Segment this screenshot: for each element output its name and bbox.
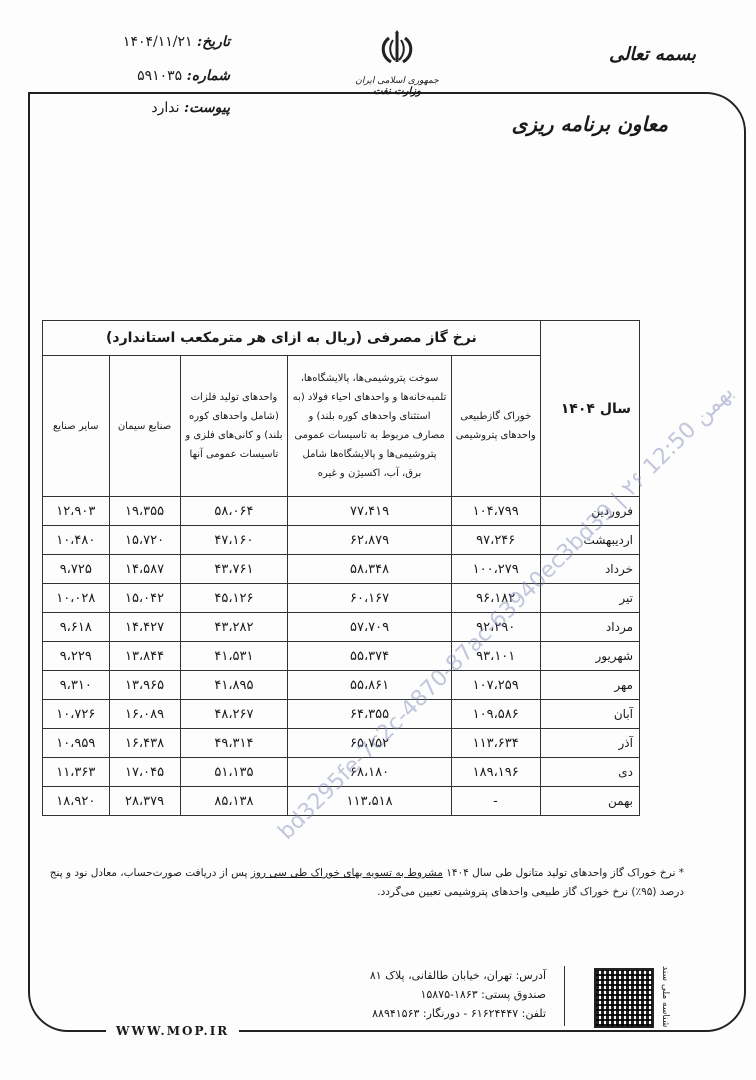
rate-cell: ۴۱،۵۳۱ — [180, 642, 288, 671]
government-emblem: جمهوری اسلامی ایران وزارت نفت — [352, 28, 442, 97]
table-row: فروردین۱۰۴،۷۹۹۷۷،۴۱۹۵۸،۰۶۴۱۹،۳۵۵۱۲،۹۰۳ — [43, 497, 640, 526]
table-row: آذر۱۱۳،۶۳۴۶۵،۷۵۲۴۹،۳۱۴۱۶،۴۳۸۱۰،۹۵۹ — [43, 729, 640, 758]
table-row: تیر۹۶،۱۸۲۶۰،۱۶۷۴۵،۱۲۶۱۵،۰۴۲۱۰،۰۲۸ — [43, 584, 640, 613]
rate-cell: ۱۹،۳۵۵ — [109, 497, 180, 526]
month-cell: دی — [540, 758, 639, 787]
date-line: تاریخ: ۱۴۰۴/۱۱/۲۱ — [123, 34, 230, 50]
number-label: شماره: — [187, 68, 230, 84]
rate-cell: ۵۵،۳۷۴ — [288, 642, 451, 671]
emblem-icon — [377, 28, 417, 70]
postal-box: صندوق پستی: ۱۸۶۳-۱۵۸۷۵ — [370, 985, 546, 1004]
col-fuel-refineries: سوخت پتروشیمی‌ها، پالایشگاه‌ها، تلمبه‌خا… — [288, 356, 451, 497]
rate-cell: ۴۷،۱۶۰ — [180, 526, 288, 555]
month-cell: بهمن — [540, 787, 639, 816]
rate-cell: ۴۵،۱۲۶ — [180, 584, 288, 613]
rate-cell: ۴۱،۸۹۵ — [180, 671, 288, 700]
table-row: شهریور۹۳،۱۰۱۵۵،۳۷۴۴۱،۵۳۱۱۳،۸۴۴۹،۲۲۹ — [43, 642, 640, 671]
rate-cell: ۲۸،۳۷۹ — [109, 787, 180, 816]
rate-cell: ۶۰،۱۶۷ — [288, 584, 451, 613]
department-title: معاون برنامه ریزی — [512, 112, 668, 136]
rate-cell: ۸۵،۱۳۸ — [180, 787, 288, 816]
address: آدرس: تهران، خیابان طالقانی، پلاک ۸۱ — [370, 966, 546, 985]
rate-cell: ۱۸۹،۱۹۶ — [451, 758, 540, 787]
rate-cell: ۷۷،۴۱۹ — [288, 497, 451, 526]
rate-cell: ۹،۶۱۸ — [43, 613, 110, 642]
rate-cell: ۵۷،۷۰۹ — [288, 613, 451, 642]
rate-cell: ۴۳،۷۶۱ — [180, 555, 288, 584]
rate-cell: ۵۱،۱۳۵ — [180, 758, 288, 787]
footnote-condition: مشروط به تسویه بهای خوراک طی سی روز — [251, 867, 443, 879]
year-header: سال ۱۴۰۴ — [540, 321, 639, 497]
rate-cell: ۱۵،۰۴۲ — [109, 584, 180, 613]
table-row: آبان۱۰۹،۵۸۶۶۴،۳۵۵۴۸،۲۶۷۱۶،۰۸۹۱۰،۷۲۶ — [43, 700, 640, 729]
number-line: شماره: ۵۹۱۰۳۵ — [137, 68, 230, 84]
col-cement: صنایع سیمان — [109, 356, 180, 497]
table-title: نرخ گاز مصرفی (ریال به ازای هر مترمکعب ا… — [43, 321, 541, 356]
rate-cell: ۱۱۳،۶۳۴ — [451, 729, 540, 758]
rate-cell: ۱۸،۹۲۰ — [43, 787, 110, 816]
rate-cell: ۱۳،۸۴۴ — [109, 642, 180, 671]
rate-cell: ۹،۳۱۰ — [43, 671, 110, 700]
rate-cell: ۱۰،۷۲۶ — [43, 700, 110, 729]
rate-cell: ۱۰،۴۸۰ — [43, 526, 110, 555]
rate-cell: ۹،۷۲۵ — [43, 555, 110, 584]
website-link[interactable]: WWW.MOP.IR — [106, 1024, 239, 1038]
col-metals: واحدهای تولید فلزات (شامل واحدهای کوره ب… — [180, 356, 288, 497]
rate-cell: ۱۵،۷۲۰ — [109, 526, 180, 555]
month-cell: تیر — [540, 584, 639, 613]
month-cell: آبان — [540, 700, 639, 729]
footnote-part1: * نرخ خوراک گاز واحدهای تولید متانول طی … — [443, 867, 684, 879]
month-cell: شهریور — [540, 642, 639, 671]
rate-cell: ۵۸،۰۶۴ — [180, 497, 288, 526]
rate-cell: ۹۷،۲۴۶ — [451, 526, 540, 555]
footnote: * نرخ خوراک گاز واحدهای تولید متانول طی … — [34, 864, 684, 902]
address-block: آدرس: تهران، خیابان طالقانی، پلاک ۸۱ صند… — [370, 966, 546, 1023]
rate-cell: ۶۲،۸۷۹ — [288, 526, 451, 555]
month-cell: مهر — [540, 671, 639, 700]
col-other-industries: سایر صنایع — [43, 356, 110, 497]
phone-fax: تلفن: ۶۱۶۲۴۴۴۷ - دورنگار: ۸۸۹۴۱۵۶۳ — [370, 1004, 546, 1023]
attachment-label: پیوست: — [184, 100, 230, 116]
rate-cell: ۴۹،۳۱۴ — [180, 729, 288, 758]
number-value: ۵۹۱۰۳۵ — [137, 68, 182, 84]
rate-cell: - — [451, 787, 540, 816]
rate-cell: ۱۳،۹۶۵ — [109, 671, 180, 700]
rate-cell: ۱۰،۹۵۹ — [43, 729, 110, 758]
rate-cell: ۱۶،۴۳۸ — [109, 729, 180, 758]
footer-divider — [564, 966, 565, 1026]
date-label: تاریخ: — [197, 34, 230, 50]
rate-cell: ۱۷،۰۴۵ — [109, 758, 180, 787]
rate-cell: ۴۸،۲۶۷ — [180, 700, 288, 729]
rate-cell: ۱۱،۳۶۳ — [43, 758, 110, 787]
month-cell: آذر — [540, 729, 639, 758]
attachment-line: پیوست: ندارد — [151, 100, 230, 116]
rate-cell: ۱۶،۰۸۹ — [109, 700, 180, 729]
rate-cell: ۱۰۴،۷۹۹ — [451, 497, 540, 526]
rate-cell: ۴۳،۲۸۲ — [180, 613, 288, 642]
rate-cell: ۹،۲۲۹ — [43, 642, 110, 671]
attachment-value: ندارد — [151, 100, 179, 116]
emblem-ministry: وزارت نفت — [352, 86, 442, 97]
rate-cell: ۱۴،۴۲۷ — [109, 613, 180, 642]
qr-code[interactable] — [594, 968, 654, 1028]
rate-cell: ۱۰،۰۲۸ — [43, 584, 110, 613]
rate-cell: ۵۸،۳۴۸ — [288, 555, 451, 584]
table-row: مرداد۹۲،۲۹۰۵۷،۷۰۹۴۳،۲۸۲۱۴،۴۲۷۹،۶۱۸ — [43, 613, 640, 642]
rate-cell: ۱۲،۹۰۳ — [43, 497, 110, 526]
month-cell: مرداد — [540, 613, 639, 642]
qr-label: شناسه ملی سند — [660, 966, 670, 1027]
table-row: مهر۱۰۷،۲۵۹۵۵،۸۶۱۴۱،۸۹۵۱۳،۹۶۵۹،۳۱۰ — [43, 671, 640, 700]
bismillah: بسمه تعالی — [609, 44, 696, 65]
rate-cell: ۱۰۷،۲۵۹ — [451, 671, 540, 700]
date-value: ۱۴۰۴/۱۱/۲۱ — [123, 34, 193, 50]
emblem-country: جمهوری اسلامی ایران — [352, 76, 442, 86]
rate-cell: ۱۴،۵۸۷ — [109, 555, 180, 584]
col-petrochem-feed: خوراک گازطبیعی واحدهای پتروشیمی — [451, 356, 540, 497]
rate-cell: ۱۰۹،۵۸۶ — [451, 700, 540, 729]
